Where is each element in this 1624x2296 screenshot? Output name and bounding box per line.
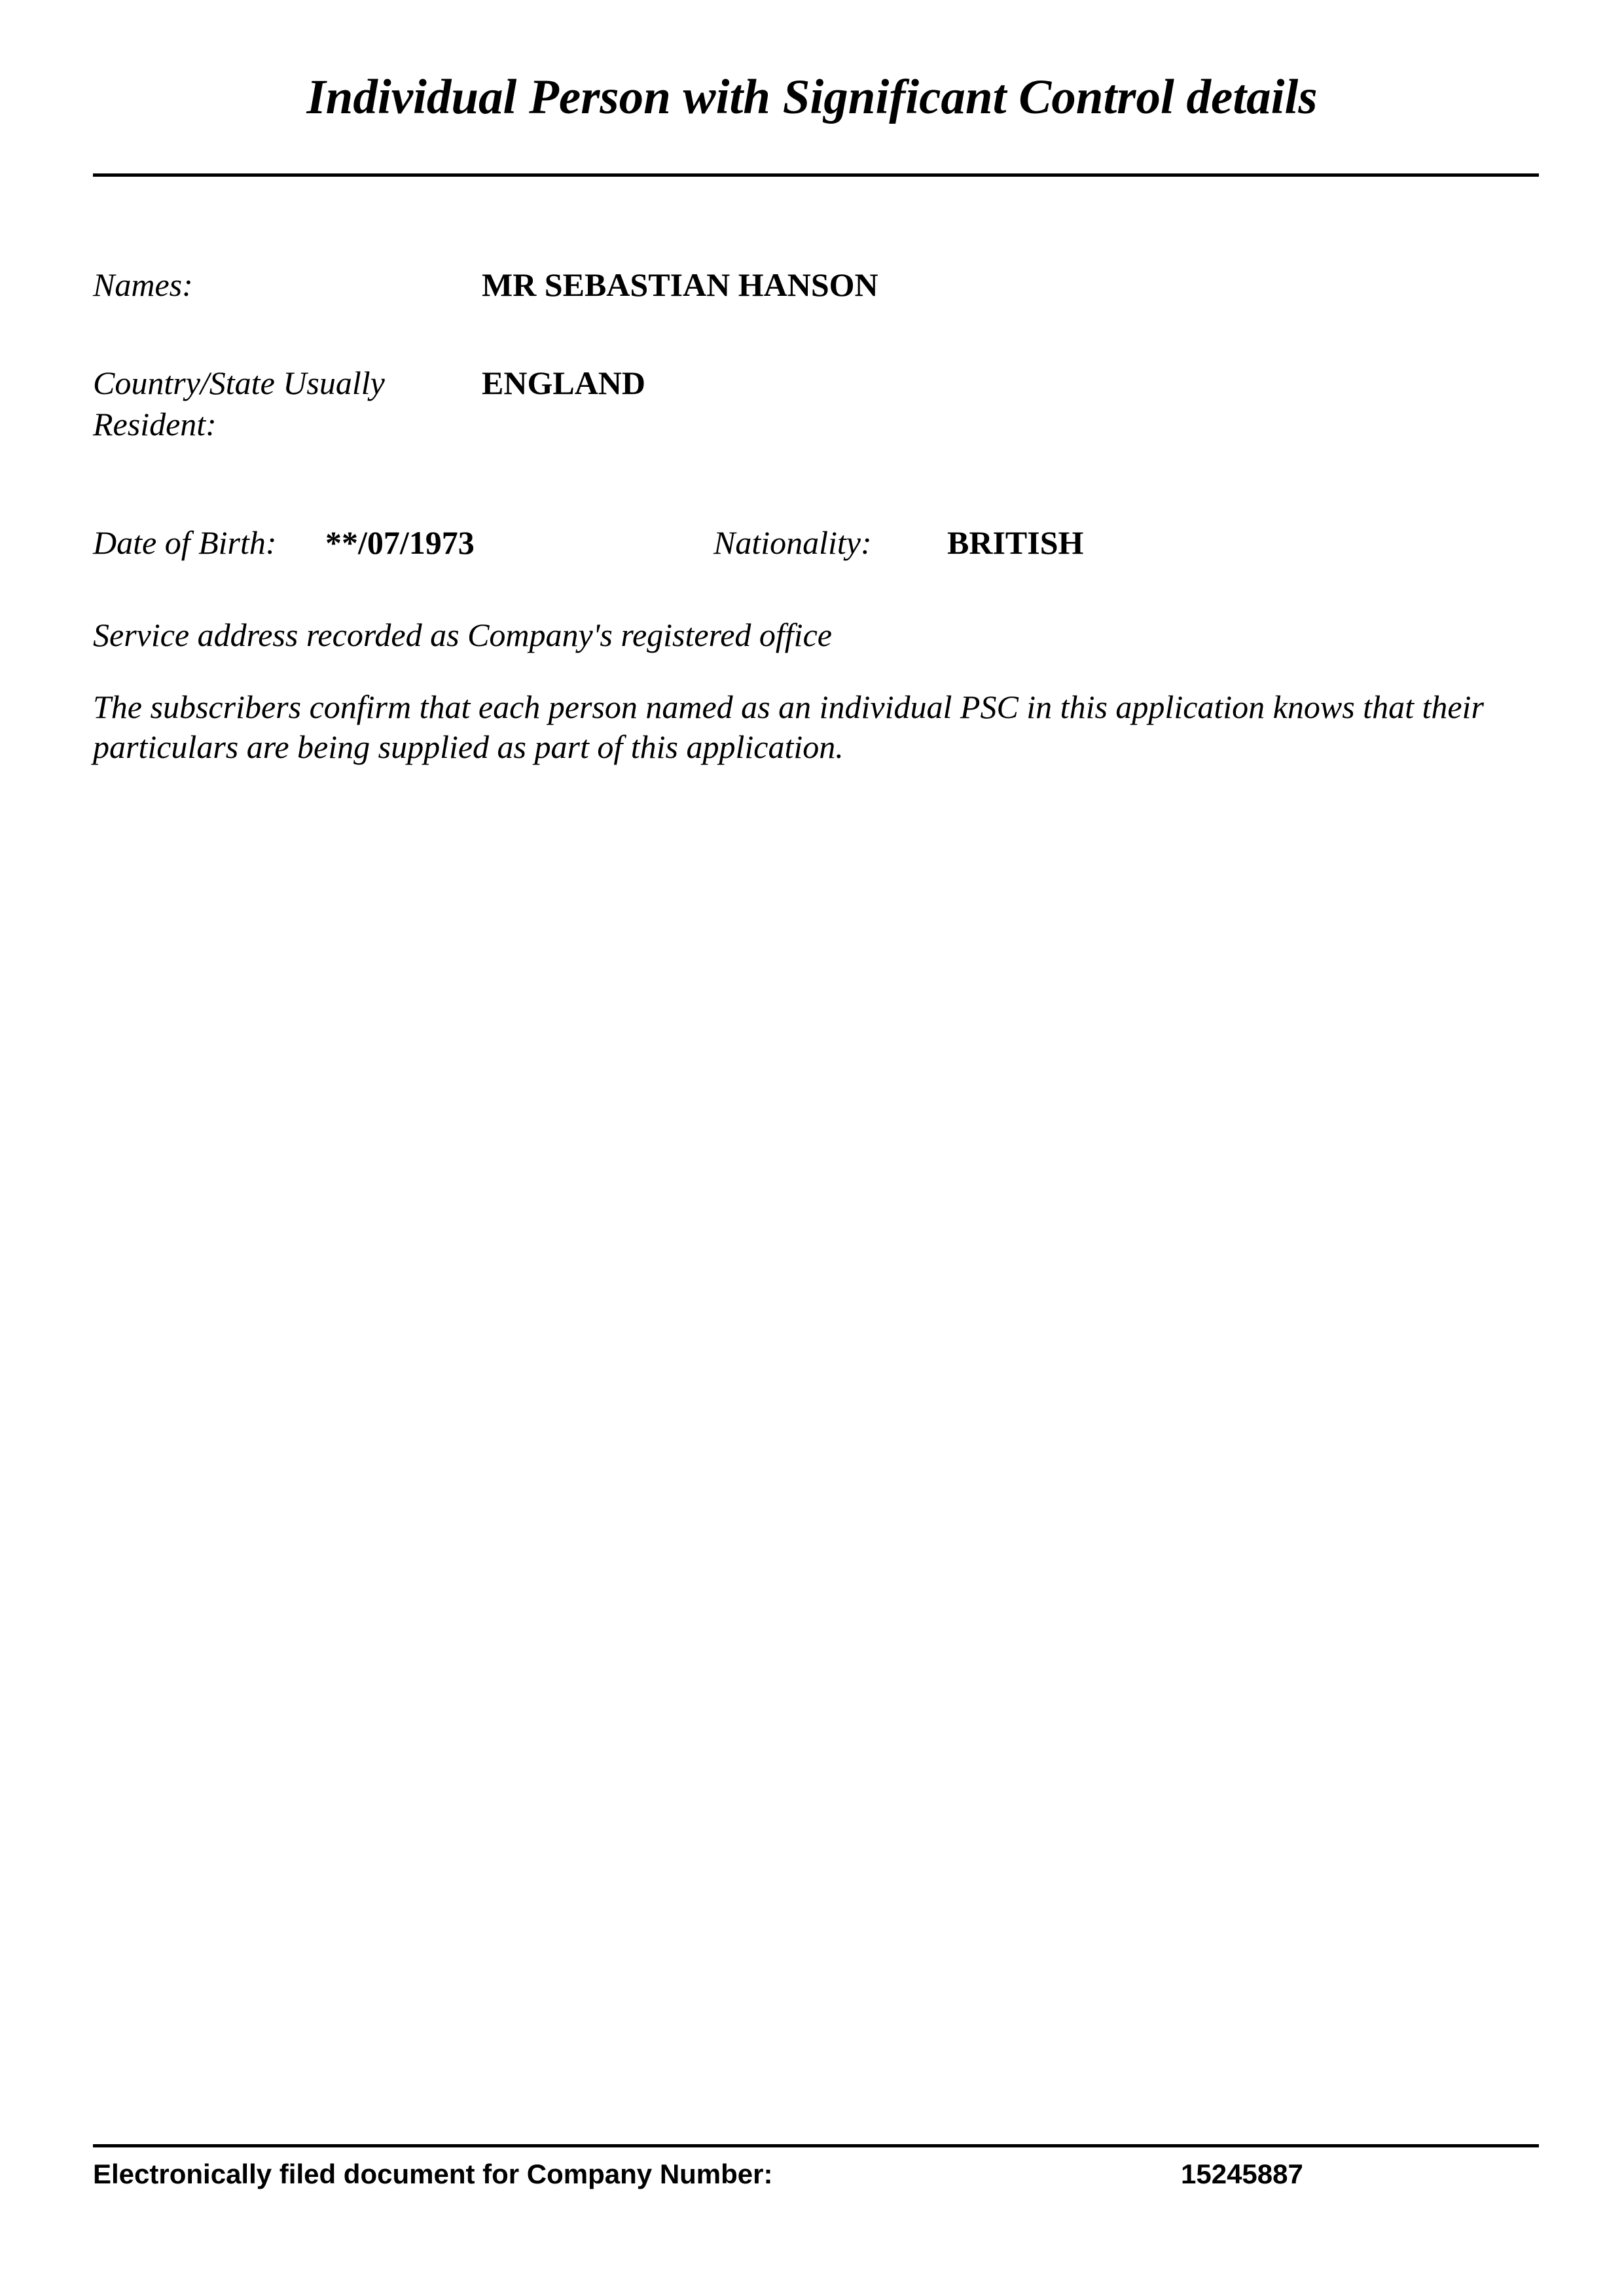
page-title: Individual Person with Significant Contr…	[0, 71, 1624, 125]
footer-company-number: 15245887	[1181, 2157, 1303, 2191]
names-value: MR SEBASTIAN HANSON	[482, 264, 878, 306]
subscriber-confirmation-statement: The subscribers confirm that each person…	[93, 687, 1546, 767]
nationality-label: Nationality:	[713, 522, 872, 564]
country-resident-value: ENGLAND	[482, 363, 645, 404]
footer-company-number-label: Electronically filed document for Compan…	[93, 2157, 773, 2191]
service-address-statement: Service address recorded as Company's re…	[93, 615, 1546, 655]
country-resident-label: Country/State Usually Resident:	[93, 363, 433, 445]
date-of-birth-value: **/07/1973	[325, 522, 475, 564]
footer-divider	[93, 2144, 1539, 2147]
header-divider	[93, 173, 1539, 177]
nationality-value: BRITISH	[947, 522, 1083, 564]
date-of-birth-label: Date of Birth:	[93, 522, 277, 564]
names-label: Names:	[93, 264, 193, 306]
